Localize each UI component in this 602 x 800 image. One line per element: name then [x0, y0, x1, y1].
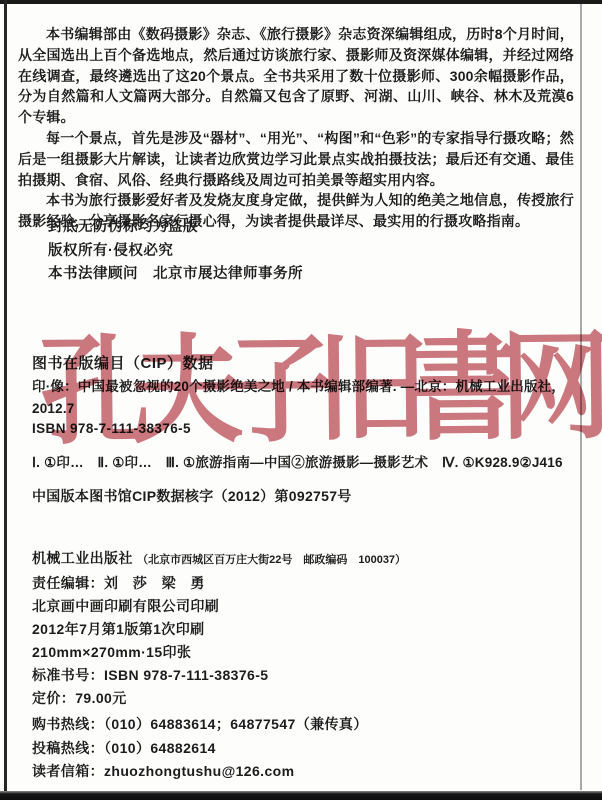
format-line: 210mm×270mm·15印张	[32, 641, 406, 664]
intro-paragraph-1: 本书编辑部由《数码摄影》杂志、《旅行摄影》杂志资深编辑组成，历时8个月时间，从全…	[18, 24, 574, 128]
book-number-line: 标准书号：ISBN 978-7-111-38376-5	[32, 664, 406, 687]
scan-edge-left	[4, 0, 7, 792]
scan-edge-bottom	[0, 791, 602, 800]
cip-classification: Ⅰ. ①印… Ⅱ. ①印… Ⅲ. ①旅游指南—中国②旅游摄影—摄影艺术 Ⅳ. ①…	[32, 451, 580, 471]
editors-line: 责任编辑：刘 莎 梁 勇	[32, 572, 406, 595]
book-introduction: 本书编辑部由《数码摄影》杂志、《旅行摄影》杂志资深编辑组成，历时8个月时间，从全…	[18, 24, 574, 232]
cip-isbn: ISBN 978-7-111-38376-5	[32, 421, 191, 436]
cip-entry: 印·像：中国最被忽视的20个摄影绝美之地 / 本书编辑部编著. —北京：机械工业…	[32, 376, 572, 420]
contact-info: 购书热线：（010）64883614；64877547（兼传真） 投稿热线：（0…	[32, 713, 368, 784]
scan-edge-right	[580, 4, 582, 790]
order-hotline-line: 购书热线：（010）64883614；64877547（兼传真）	[32, 713, 368, 737]
cip-record-number: 中国版本图书馆CIP数据核字（2012）第092757号	[32, 486, 352, 506]
legal-counsel-line: 本书法律顾问 北京市展达律师事务所	[48, 263, 303, 287]
publisher-line: 机械工业出版社 （北京市西城区百万庄大街22号 邮政编码 100037）	[32, 547, 406, 572]
cip-entry-line-2: 2012.7	[32, 398, 572, 420]
printer-line: 北京画中画印刷有限公司印刷	[32, 595, 406, 618]
cip-entry-line-1: 印·像：中国最被忽视的20个摄影绝美之地 / 本书编辑部编著. —北京：机械工业…	[32, 376, 572, 398]
publication-info: 机械工业出版社 （北京市西城区百万庄大街22号 邮政编码 100037） 责任编…	[32, 547, 406, 710]
edition-line: 2012年7月第1版第1次印刷	[32, 618, 406, 641]
scan-edge-top	[0, 0, 602, 4]
publisher-address: （北京市西城区百万庄大街22号 邮政编码 100037）	[137, 554, 406, 566]
reader-email-line: 读者信箱：zhuozhongtushu@126.com	[32, 760, 368, 784]
cip-heading: 图书在版编目（CIP）数据	[32, 352, 214, 373]
copyright-notice: 封底无防伪标均为盗版 版权所有·侵权必究 本书法律顾问 北京市展达律师事务所	[48, 216, 303, 287]
submission-hotline-line: 投稿热线：（010）64882614	[32, 737, 368, 761]
anti-piracy-line: 封底无防伪标均为盗版	[48, 216, 303, 240]
price-line: 定价：79.00元	[32, 687, 406, 710]
rights-reserved-line: 版权所有·侵权必究	[48, 240, 303, 264]
publisher-name: 机械工业出版社	[32, 550, 133, 566]
intro-paragraph-2: 每一个景点，首先是涉及“器材”、“用光”、“构图”和“色彩”的专家指导行摄攻略；…	[18, 128, 574, 190]
copyright-page: 本书编辑部由《数码摄影》杂志、《旅行摄影》杂志资深编辑组成，历时8个月时间，从全…	[0, 0, 602, 800]
